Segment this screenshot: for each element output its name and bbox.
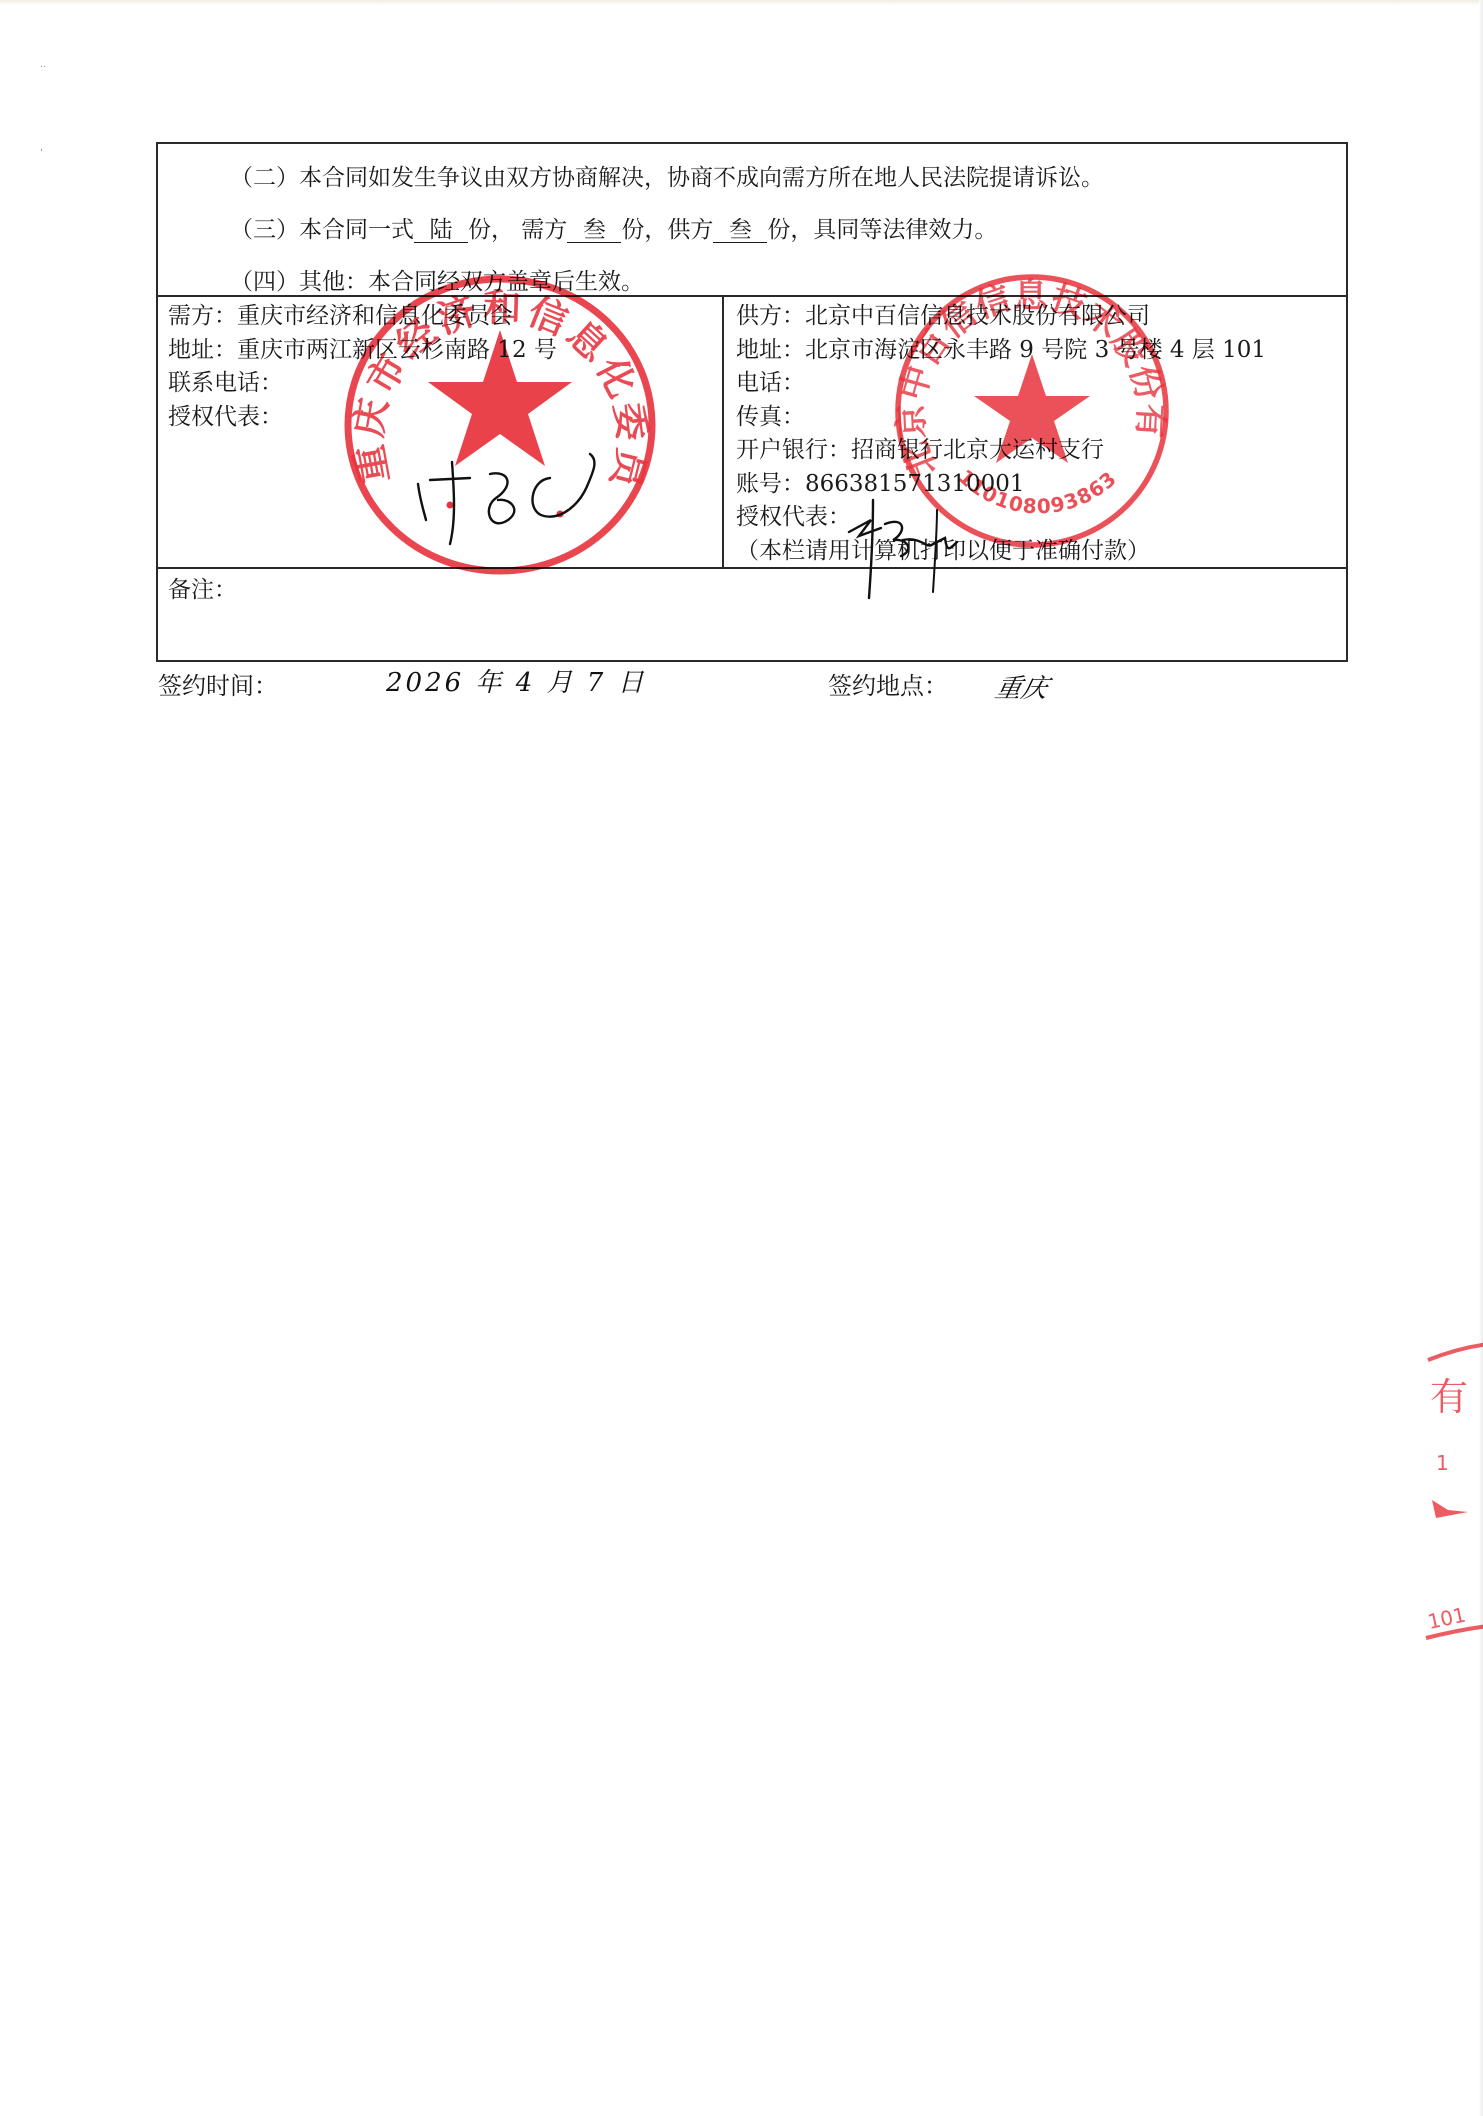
seller-account-label: 账号： (736, 471, 805, 497)
signing-place-handwritten: 重庆 (992, 668, 1052, 705)
seller-address: 北京市海淀区永丰路 9 号院 3 号楼 4 层 101 (805, 337, 1266, 363)
buyer-rep-row: 授权代表： (168, 401, 722, 435)
svg-text:1: 1 (1436, 1451, 1449, 1475)
clause-dispute: （二）本合同如发生争议由双方协商解决，协商不成向需方所在地人民法院提请诉讼。 (158, 152, 1346, 204)
clause-copies-suffix: 份，具同等法律效力。 (767, 217, 997, 243)
seller-name-row: 供方：北京中百信信息技术股份有限公司 (736, 300, 1346, 334)
copies-buyer: 叁 (567, 218, 621, 243)
seller-fax-label: 传真： (736, 404, 805, 430)
svg-text:101: 101 (1426, 1603, 1468, 1634)
seller-name: 北京中百信信息技术股份有限公司 (805, 303, 1150, 329)
seller-rep-label: 授权代表： (736, 504, 851, 530)
buyer-phone-label: 联系电话： (168, 370, 283, 396)
clause-copies-mid2: 份，供方 (621, 217, 713, 243)
scan-edge (1479, 0, 1483, 2116)
buyer-name: 重庆市经济和信息化委员会 (237, 303, 513, 329)
seller-address-label: 地址： (736, 337, 805, 363)
remarks-label: 备注： (168, 577, 237, 603)
seller-rep-row: 授权代表： (736, 501, 1346, 535)
partial-seal-edge: 有 1 101 (1418, 1340, 1483, 1640)
seller-phone-row: 电话： (736, 367, 1346, 401)
copies-seller: 叁 (713, 218, 767, 243)
buyer-address-row: 地址：重庆市两江新区云杉南路 12 号 (168, 334, 722, 368)
signing-date-handwritten: 2026 年 4 月 7 日 (386, 662, 647, 699)
scan-speck: ·· (40, 62, 46, 73)
signing-info: 签约时间： 2026 年 4 月 7 日 签约地点： 重庆 (158, 662, 1348, 712)
buyer-phone-row: 联系电话： (168, 367, 722, 401)
clause-copies: （三）本合同一式陆份， 需方叁份，供方叁份，具同等法律效力。 (158, 204, 1346, 256)
seller-note: （本栏请用计算机打印以便于准确付款） (736, 535, 1346, 569)
remarks-section: 备注： (158, 569, 1346, 660)
buyer-address: 重庆市两江新区云杉南路 12 号 (237, 337, 557, 363)
buyer-info: 需方：重庆市经济和信息化委员会 地址：重庆市两江新区云杉南路 12 号 联系电话… (158, 297, 724, 567)
parties-section: 需方：重庆市经济和信息化委员会 地址：重庆市两江新区云杉南路 12 号 联系电话… (158, 297, 1346, 569)
seller-address-row: 地址：北京市海淀区永丰路 9 号院 3 号楼 4 层 101 (736, 334, 1346, 368)
buyer-rep-label: 授权代表： (168, 404, 283, 430)
clause-copies-mid1: 份， 需方 (468, 217, 567, 243)
seller-fax-row: 传真： (736, 401, 1346, 435)
seller-name-label: 供方： (736, 303, 805, 329)
seller-bank: 招商银行北京大运村支行 (851, 437, 1104, 463)
seller-bank-label: 开户银行： (736, 437, 851, 463)
scan-speck: ʻ (40, 148, 43, 159)
buyer-name-label: 需方： (168, 303, 237, 329)
svg-text:有: 有 (1430, 1375, 1468, 1419)
copies-total: 陆 (414, 218, 468, 243)
clause-copies-prefix: （三）本合同一式 (230, 217, 414, 243)
seller-info: 供方：北京中百信信息技术股份有限公司 地址：北京市海淀区永丰路 9 号院 3 号… (724, 297, 1346, 567)
seller-account: 866381571310001 (805, 471, 1025, 497)
seller-phone-label: 电话： (736, 370, 805, 396)
signing-date-label: 签约时间： (158, 666, 278, 701)
seller-account-row: 账号：866381571310001 (736, 468, 1346, 502)
signing-place-label: 签约地点： (828, 666, 948, 701)
scan-edge (0, 0, 1483, 6)
seller-bank-row: 开户银行：招商银行北京大运村支行 (736, 434, 1346, 468)
buyer-name-row: 需方：重庆市经济和信息化委员会 (168, 300, 722, 334)
buyer-address-label: 地址： (168, 337, 237, 363)
clauses-section: （二）本合同如发生争议由双方协商解决，协商不成向需方所在地人民法院提请诉讼。 （… (158, 144, 1346, 297)
contract-table: （二）本合同如发生争议由双方协商解决，协商不成向需方所在地人民法院提请诉讼。 （… (156, 142, 1348, 662)
